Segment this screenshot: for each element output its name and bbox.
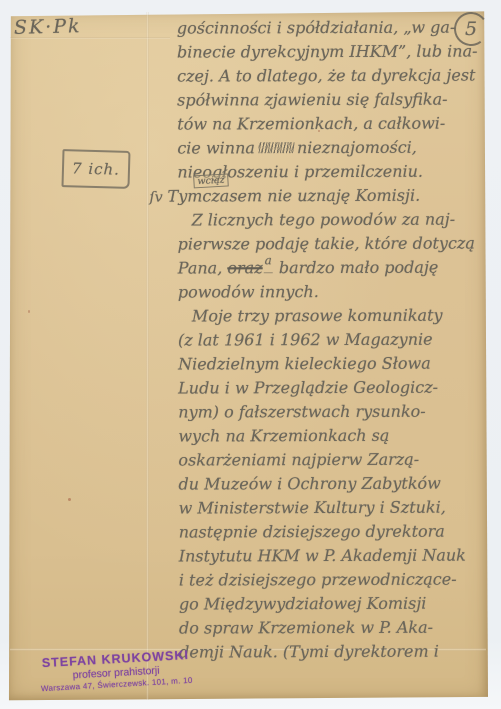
handwritten-body: gościnności i spółdziałania, „w ga- bine…: [177, 15, 485, 664]
line-text: Pana,: [178, 258, 228, 277]
line-text: bardzo mało podaję: [274, 258, 439, 278]
handwriting-line: czej. A to dlatego, że ta dyrekcja jest: [177, 63, 483, 88]
handwriting-line: pierwsze podaję takie, które dotyczą: [178, 231, 484, 256]
handwriting-line: wych na Krzemionkach są: [178, 423, 484, 448]
handwriting-line: Moje trzy prasowe komunikaty: [178, 303, 484, 328]
scribbled-out-word: [258, 142, 294, 153]
handwriting-line: (z lat 1961 i 1962 w Magazynie: [178, 327, 484, 352]
handwriting-line: Z licznych tego powodów za naj-: [178, 207, 484, 232]
caret-insertion-mark: ſv: [149, 186, 162, 210]
handwriting-line: gościnności i spółdziałania, „w ga-: [177, 15, 483, 40]
inserted-word-boxed: wciąż: [193, 173, 229, 188]
handwriting-line: binecie dyrekcyjnym IHKM”, lub ina-: [177, 39, 483, 64]
archival-code: SK·Pk: [14, 15, 82, 39]
inserted-letter: a: [264, 248, 273, 273]
handwriting-line: Instytutu HKM w P. Akademji Nauk: [179, 543, 485, 568]
handwriting-line: Pana, oraza bardzo mało podaję: [178, 255, 484, 280]
margin-note: 7 ich.: [72, 159, 120, 178]
handwriting-line: nym) o fałszerstwach rysunko-: [178, 399, 484, 424]
struck-through-word: oraz: [227, 258, 262, 277]
line-text: Tymczasem nie uznaję Komisji.: [167, 186, 420, 206]
paper-fleck: [68, 498, 71, 501]
line-text: cie winna: [177, 138, 255, 157]
line-text: nieznajomości,: [297, 138, 417, 157]
margin-note-box: 7 ich.: [61, 149, 130, 189]
handwriting-line: w Ministerstwie Kultury i Sztuki,: [179, 495, 485, 520]
handwriting-line: tów na Krzemionkach, a całkowi-: [177, 111, 483, 136]
handwriting-line: go Międzywydziałowej Komisji: [179, 591, 485, 616]
handwriting-line: Niedzielnym kieleckiego Słowa: [178, 351, 484, 376]
handwriting-line: i też dzisiejszego przewodniczące-: [179, 567, 485, 592]
handwriting-line: powodów innych.: [178, 279, 484, 304]
handwriting-line: następnie dzisiejszego dyrektora: [179, 519, 485, 544]
handwriting-line: demji Nauk. (Tymi dyrektorem i: [179, 639, 485, 664]
handwriting-line: oskarżeniami najpierw Zarzą-: [178, 447, 484, 472]
fold-crease-vertical: [146, 12, 149, 700]
handwriting-line: cie winnanieznajomości,: [177, 135, 483, 160]
handwriting-line: do spraw Krzemionek w P. Aka-: [179, 615, 485, 640]
handwriting-line: ſvwciążTymczasem nie uznaję Komisji.: [167, 183, 483, 208]
handwriting-line: du Muzeów i Ochrony Zabytków: [178, 471, 484, 496]
handwriting-line: Ludu i w Przeglądzie Geologicz-: [178, 375, 484, 400]
handwriting-line: spółwinna zjawieniu się falsyfika-: [177, 87, 483, 112]
paper-fleck: [28, 310, 30, 313]
